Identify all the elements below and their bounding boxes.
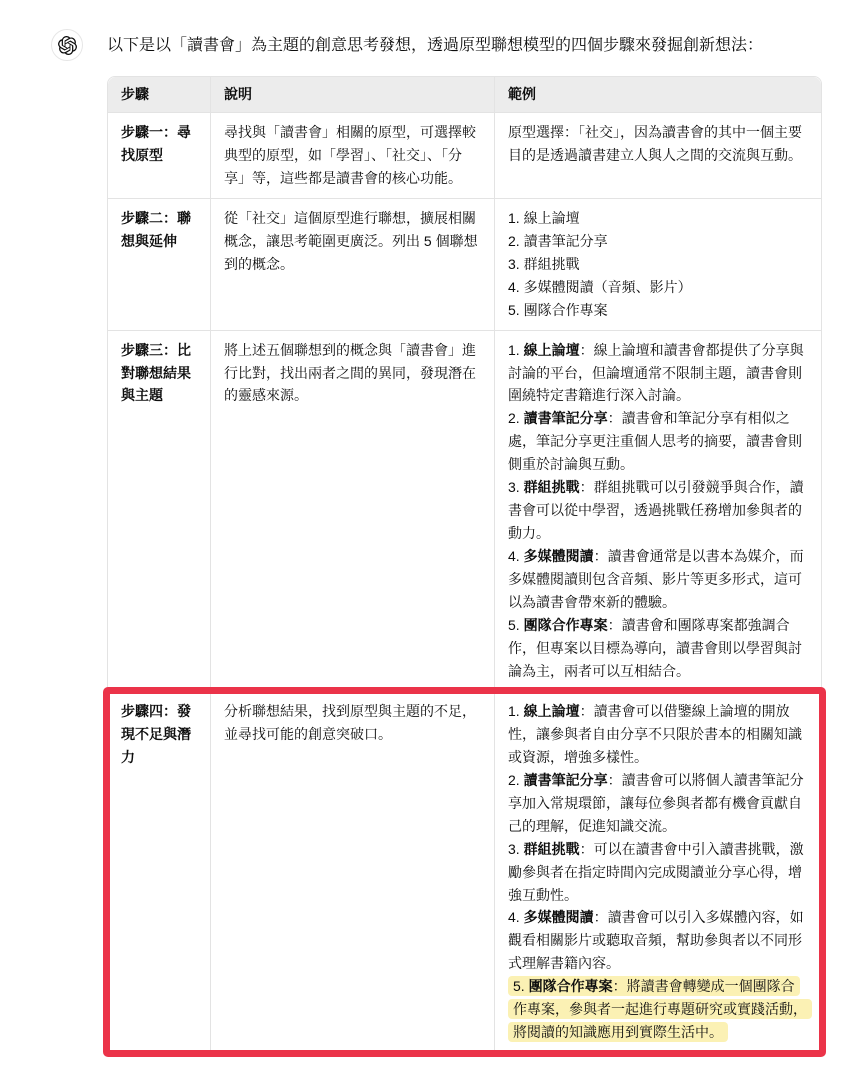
table-row: 步驟一：尋找原型尋找與「讀書會」相關的原型，可選擇較典型的原型，如「學習」、「社… [108, 113, 821, 199]
example-item: 2. 讀書筆記分享：讀書會可以將個人讀書筆記分享加入常規環節，讓每位參與者都有機… [508, 769, 808, 838]
example-item-label: 多媒體閱讀 [524, 548, 594, 564]
cell-step: 步驟二：聯想與延伸 [108, 199, 211, 331]
example-item-label: 群組挑戰 [524, 841, 580, 857]
example-item-label: 線上論壇 [524, 703, 580, 719]
example-item: 3. 群組挑戰 [508, 253, 808, 276]
example-item-label: 團隊合作專案 [529, 978, 613, 994]
example-item: 1. 線上論壇 [508, 207, 808, 230]
cell-description: 尋找與「讀書會」相關的原型，可選擇較典型的原型，如「學習」、「社交」、「分享」等… [211, 113, 495, 199]
table-row: 步驟四：發現不足與潛力分析聯想結果，找到原型與主題的不足，並尋找可能的創意突破口… [108, 692, 821, 1052]
cell-description: 將上述五個聯想到的概念與「讀書會」進行比對，找出兩者之間的異同，發現潛在的靈感來… [211, 331, 495, 692]
example-item: 4. 多媒體閱讀：讀書會可以引入多媒體內容，如觀看相關影片或聽取音頻，幫助參與者… [508, 906, 808, 975]
column-header-description: 說明 [211, 77, 495, 113]
cell-example: 1. 線上論壇2. 讀書筆記分享3. 群組挑戰4. 多媒體閱讀（音頻、影片）5.… [495, 199, 821, 331]
example-item: 1. 線上論壇：讀書會可以借鑒線上論壇的開放性，讓參與者自由分享不只限於書本的相… [508, 700, 808, 769]
example-item: 5. 團隊合作專案：將讀書會轉變成一個團隊合作專案，參與者一起進行專題研究或實踐… [508, 975, 808, 1044]
cell-example: 1. 線上論壇：讀書會可以借鑒線上論壇的開放性，讓參與者自由分享不只限於書本的相… [495, 692, 821, 1052]
cell-example: 原型選擇：「社交」，因為讀書會的其中一個主要目的是透過讀書建立人與人之間的交流與… [495, 113, 821, 199]
example-item: 4. 多媒體閱讀（音頻、影片） [508, 276, 808, 299]
example-item-label: 多媒體閱讀 [524, 909, 594, 925]
example-item: 5. 團隊合作專案：讀書會和團隊專案都強調合作，但專案以目標為導向，讀書會則以學… [508, 614, 808, 683]
column-header-example: 範例 [495, 77, 821, 113]
table-row: 步驟二：聯想與延伸從「社交」這個原型進行聯想，擴展相關概念，讓思考範圍更廣泛。列… [108, 199, 821, 331]
message-content: 以下是以「讀書會」為主題的創意思考發想，透過原型聯想模型的四個步驟來發掘創新想法… [107, 29, 820, 1053]
example-item-label: 讀書筆記分享 [524, 772, 608, 788]
example-item: 3. 群組挑戰：可以在讀書會中引入讀書挑戰，激勵參與者在指定時間內完成閱讀並分享… [508, 838, 808, 907]
example-item-label: 群組挑戰 [524, 479, 580, 495]
steps-table: 步驟 說明 範例 步驟一：尋找原型尋找與「讀書會」相關的原型，可選擇較典型的原型… [107, 76, 822, 1053]
example-item: 5. 團隊合作專案 [508, 299, 808, 322]
example-item-label: 團隊合作專案 [524, 617, 608, 633]
example-item: 2. 讀書筆記分享：讀書會和筆記分享有相似之處，筆記分享更注重個人思考的摘要，讀… [508, 407, 808, 476]
example-item: 4. 多媒體閱讀：讀書會通常是以書本為媒介，而多媒體閱讀則包含音頻、影片等更多形… [508, 545, 808, 614]
example-item: 3. 群組挑戰：群組挑戰可以引發競爭與合作，讀書會可以從中學習，透過挑戰任務增加… [508, 476, 808, 545]
table-row: 步驟三：比對聯想結果與主題將上述五個聯想到的概念與「讀書會」進行比對，找出兩者之… [108, 331, 821, 692]
example-item-label: 讀書筆記分享 [524, 410, 608, 426]
column-header-step: 步驟 [108, 77, 211, 113]
table-header-row: 步驟 說明 範例 [108, 77, 821, 113]
example-item: 1. 線上論壇：線上論壇和讀書會都提供了分享與討論的平台，但論壇通常不限制主題，… [508, 339, 808, 408]
assistant-avatar [51, 29, 83, 61]
cell-description: 分析聯想結果，找到原型與主題的不足，並尋找可能的創意突破口。 [211, 692, 495, 1052]
example-item: 2. 讀書筆記分享 [508, 230, 808, 253]
cell-description: 從「社交」這個原型進行聯想，擴展相關概念，讓思考範圍更廣泛。列出 5 個聯想到的… [211, 199, 495, 331]
cell-step: 步驟一：尋找原型 [108, 113, 211, 199]
cell-example: 1. 線上論壇：線上論壇和讀書會都提供了分享與討論的平台，但論壇通常不限制主題，… [495, 331, 821, 692]
intro-text: 以下是以「讀書會」為主題的創意思考發想，透過原型聯想模型的四個步驟來發掘創新想法… [107, 33, 820, 59]
cell-step: 步驟四：發現不足與潛力 [108, 692, 211, 1052]
assistant-message: 以下是以「讀書會」為主題的創意思考發想，透過原型聯想模型的四個步驟來發掘創新想法… [0, 0, 847, 1053]
cell-step: 步驟三：比對聯想結果與主題 [108, 331, 211, 692]
example-item-label: 線上論壇 [524, 342, 580, 358]
openai-logo-icon [58, 36, 77, 55]
highlighted-text: 5. 團隊合作專案：將讀書會轉變成一個團隊合作專案，參與者一起進行專題研究或實踐… [508, 976, 812, 1042]
